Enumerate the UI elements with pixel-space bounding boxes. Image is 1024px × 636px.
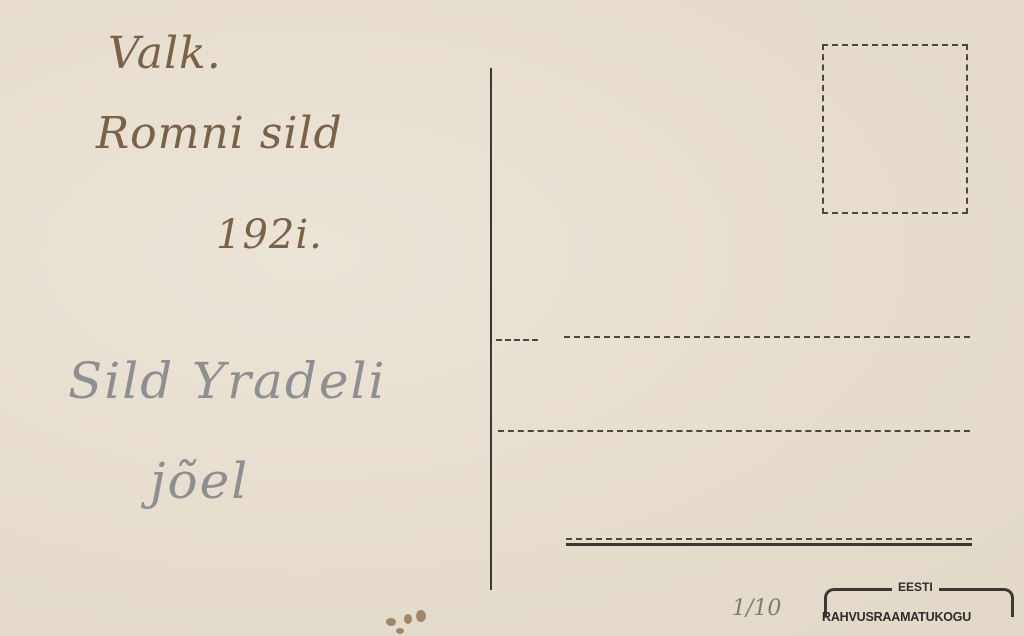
catalog-number: 1/10 xyxy=(732,596,781,621)
ink-note-line-1: Valk. xyxy=(108,28,222,79)
center-divider xyxy=(490,68,492,590)
address-line-3 xyxy=(566,538,972,540)
postcard-back: Valk. Romni sild 192i. Sild Yradeli jõel… xyxy=(0,0,1024,636)
library-stamp: EESTI RAHVUSRAAMATUKOGU xyxy=(822,580,1012,632)
paper-stain xyxy=(396,628,404,634)
ink-note-line-2: Romni sild xyxy=(96,108,343,159)
paper-stain xyxy=(404,614,412,624)
address-line-1b xyxy=(564,336,970,338)
address-line-2 xyxy=(498,430,970,432)
paper-stain xyxy=(416,610,426,622)
ink-note-year: 192i. xyxy=(216,212,323,258)
paper-stain xyxy=(386,618,396,626)
address-line-3-underline xyxy=(566,543,972,546)
library-stamp-bottom-text: RAHVUSRAAMATUKOGU xyxy=(822,610,971,624)
pencil-note-line-2: jõel xyxy=(150,452,249,510)
pencil-note-line-1: Sild Yradeli xyxy=(68,352,386,410)
library-stamp-top-text: EESTI xyxy=(892,580,939,594)
stamp-placeholder-box xyxy=(822,44,968,214)
address-line-1a xyxy=(496,339,538,341)
